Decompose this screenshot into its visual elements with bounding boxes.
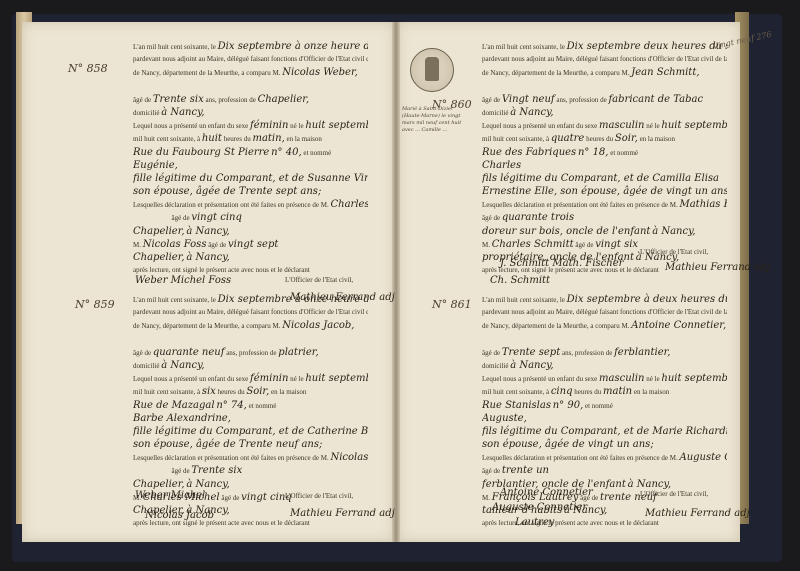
signature-witness: Ch. Schmitt (490, 275, 550, 286)
declarant-name: Nicolas Weber, (282, 67, 358, 78)
signature-witness: Auguste Connetier (492, 502, 587, 513)
signatures: Weber Michel (135, 490, 205, 501)
birth-address: Rue du Faubourg St Pierre (133, 147, 269, 158)
act-date: Dix septembre à onze heure du Soir, (218, 41, 368, 52)
signature-witness-2: Lautrey (515, 517, 554, 528)
officer-label: L'Officier de l'Etat civil, (285, 276, 353, 284)
act-line2: pardevant nous adjoint au Maire, délégué… (133, 53, 368, 66)
act-number: N° 858 (68, 62, 108, 75)
birth-act-860: L'an mil huit cent soixante, le Dix sept… (482, 40, 727, 277)
child-name: Charles (482, 160, 521, 171)
act-number: N° 859 (75, 298, 115, 311)
officer-label: L'Officier de l'Etat civil, (640, 490, 708, 498)
parents-line: fille légitime du Comparant, et de Susan… (133, 173, 368, 184)
child-name: Barbe Alexandrine, (133, 413, 231, 424)
birth-act-858: L'an mil huit cent soixante, le Dix sept… (133, 40, 368, 277)
signatures: Weber Michel Foss (135, 275, 231, 286)
officer-signature: Mathieu Ferrand adj (665, 262, 770, 273)
witness-1: Charles Michel (330, 199, 368, 210)
declarant-profession: Chapelier, (258, 94, 310, 105)
book-gutter (392, 22, 400, 542)
act-number: N° 861 (432, 298, 472, 311)
officer-label: L'Officier de l'Etat civil, (640, 248, 708, 256)
act-intro: L'an mil huit cent soixante, le (133, 43, 216, 51)
declarant-name: Nicolas Jacob, (282, 320, 354, 331)
child-name: Auguste, (482, 413, 527, 424)
declarant-name: Jean Schmitt, (631, 67, 699, 78)
child-sex: féminin (250, 120, 288, 131)
declarant-age: Trente six (153, 94, 204, 105)
child-name: Eugénie, (133, 160, 178, 171)
officer-signature: Mathieu Ferrand adj (645, 508, 750, 519)
witness-2: Nicolas Foss (143, 239, 207, 250)
act-number: N° 860 (432, 98, 472, 111)
stamp-figure-icon (425, 57, 439, 81)
officer-label: L'Officier de l'Etat civil, (285, 492, 353, 500)
signature-declarant: Nicolas Jacob (145, 510, 214, 521)
tax-stamp (410, 48, 454, 92)
declarant-name: Antoine Connetier, (631, 320, 726, 331)
signatures: J. Schmitt Math. Fischer (500, 258, 623, 269)
officer-signature: Mathieu Ferrand adj (290, 508, 395, 519)
signatures: Antoine Connetier (500, 487, 593, 498)
